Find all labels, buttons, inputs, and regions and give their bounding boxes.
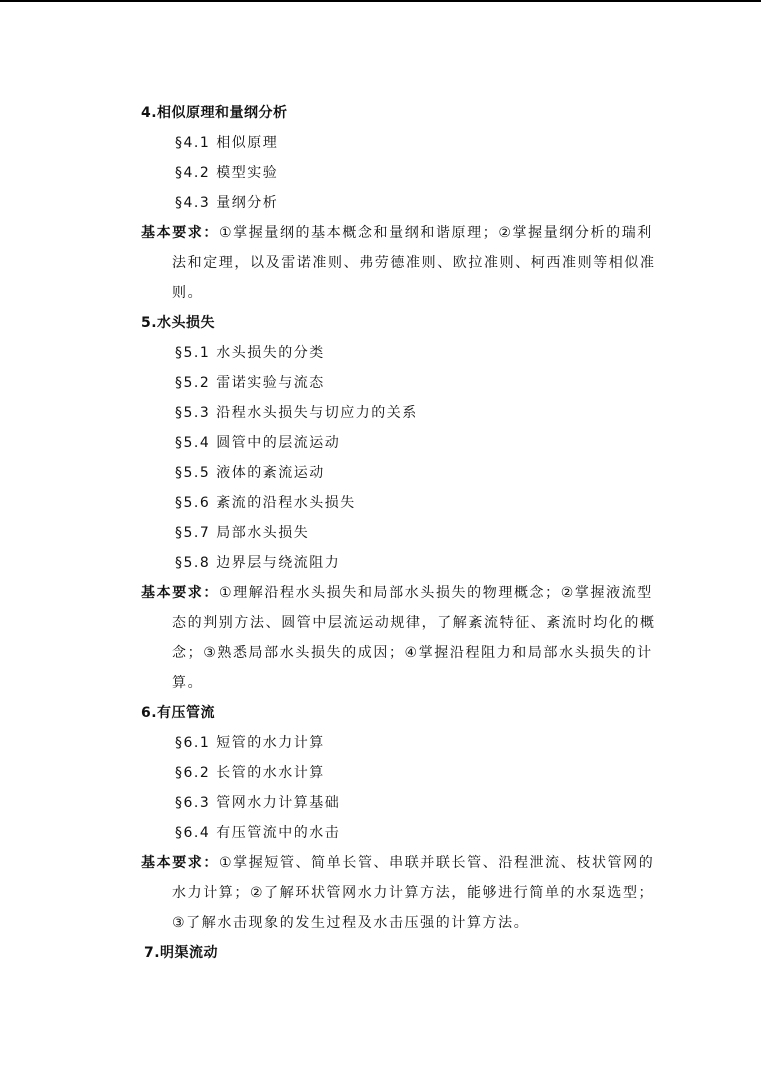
requirements-text: ①掌握量纲的基本概念和量纲和谐原理；②掌握量纲分析的瑞利 (219, 225, 653, 241)
section-item: §5.8 边界层与绕流阻力 (141, 548, 651, 578)
basic-requirements: 基本要求：①掌握短管、简单长管、串联并联长管、沿程泄流、枝状管网的 水力计算；②… (141, 848, 651, 938)
section-item: §6.4 有压管流中的水击 (141, 818, 651, 848)
chapter-heading: 4.相似原理和量纲分析 (141, 98, 651, 128)
section-item: §5.4 圆管中的层流运动 (141, 428, 651, 458)
requirements-text: 水力计算；②了解环状管网水力计算方法，能够进行简单的水泵选型； (141, 878, 651, 908)
requirements-text: ③了解水击现象的发生过程及水击压强的计算方法。 (141, 908, 651, 938)
requirements-label: 基本要求： (141, 855, 219, 871)
section-item: §6.3 管网水力计算基础 (141, 788, 651, 818)
requirements-text: 则。 (141, 278, 651, 308)
section-item: §5.5 液体的紊流运动 (141, 458, 651, 488)
requirements-label: 基本要求： (141, 585, 219, 601)
section-item: §4.3 量纲分析 (141, 188, 651, 218)
document-page: 4.相似原理和量纲分析 §4.1 相似原理 §4.2 模型实验 §4.3 量纲分… (141, 98, 651, 968)
section-item: §5.1 水头损失的分类 (141, 338, 651, 368)
section-item: §6.2 长管的水水计算 (141, 758, 651, 788)
basic-requirements: 基本要求：①理解沿程水头损失和局部水头损失的物理概念；②掌握液流型 态的判别方法… (141, 578, 651, 698)
chapter-heading: 6.有压管流 (141, 698, 651, 728)
requirements-text: ①理解沿程水头损失和局部水头损失的物理概念；②掌握液流型 (219, 585, 653, 601)
chapter-heading: 5.水头损失 (141, 308, 651, 338)
requirements-text: 念；③熟悉局部水头损失的成因；④掌握沿程阻力和局部水头损失的计 (141, 638, 651, 668)
section-item: §5.2 雷诺实验与流态 (141, 368, 651, 398)
basic-requirements: 基本要求：①掌握量纲的基本概念和量纲和谐原理；②掌握量纲分析的瑞利 法和定理，以… (141, 218, 651, 308)
requirements-text: 算。 (141, 668, 651, 698)
requirements-text: 态的判别方法、圆管中层流运动规律，了解紊流特征、紊流时均化的概 (141, 608, 651, 638)
section-item: §4.2 模型实验 (141, 158, 651, 188)
section-item: §6.1 短管的水力计算 (141, 728, 651, 758)
section-item: §5.6 紊流的沿程水头损失 (141, 488, 651, 518)
chapter-heading: 7.明渠流动 (141, 938, 651, 968)
section-item: §5.7 局部水头损失 (141, 518, 651, 548)
requirements-label: 基本要求： (141, 225, 219, 241)
requirements-text: ①掌握短管、简单长管、串联并联长管、沿程泄流、枝状管网的 (219, 855, 654, 871)
section-item: §5.3 沿程水头损失与切应力的关系 (141, 398, 651, 428)
section-item: §4.1 相似原理 (141, 128, 651, 158)
requirements-text: 法和定理，以及雷诺准则、弗劳德准则、欧拉准则、柯西准则等相似准 (141, 248, 651, 278)
top-border (0, 0, 761, 2)
